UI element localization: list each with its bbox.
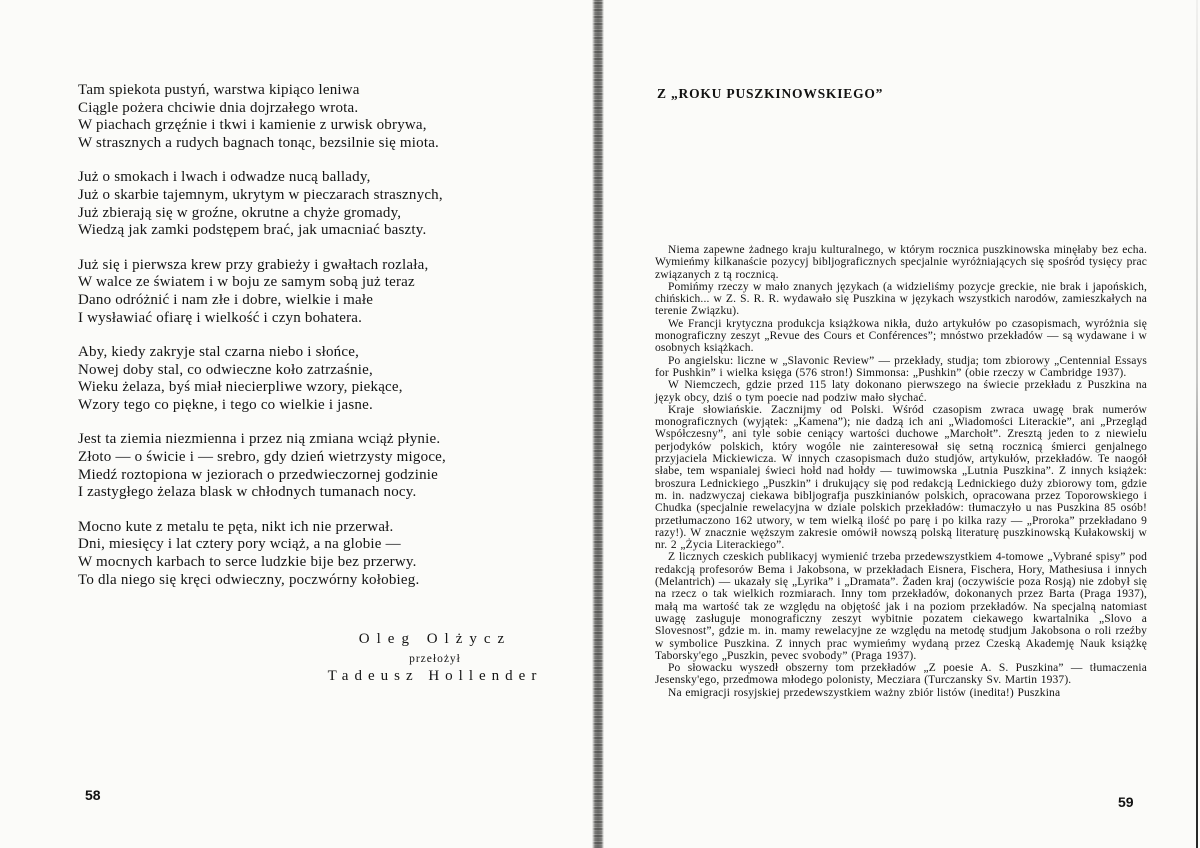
poem-translator: Tadeusz Hollender — [280, 668, 590, 685]
poem-line: Ciągle pożera chciwie dnia dojrzałego wr… — [78, 100, 558, 118]
poem-stanza: Mocno kute z metalu te pęta, nikt ich ni… — [78, 519, 558, 590]
prose-paragraph: Po słowacku wyszedł obszerny tom przekła… — [655, 662, 1147, 687]
poem-line: Złoto — o świcie i — srebro, gdy dzień w… — [78, 449, 558, 467]
poem-stanza: Już się i pierwsza krew przy grabieży i … — [78, 257, 558, 328]
poem-line: Dni, miesięcy i lat cztery pory wciąż, a… — [78, 536, 558, 554]
poem-line: Już o skarbie tajemnym, ukrytym w piecza… — [78, 187, 558, 205]
poem: Tam spiekota pustyń, warstwa kipiąco len… — [78, 82, 558, 606]
book-scan: Tam spiekota pustyń, warstwa kipiąco len… — [0, 0, 1200, 848]
poem-line: W strasznych a rudych bagnach tonąc, bez… — [78, 135, 558, 153]
poem-attribution: Oleg Olżycz przełożył Tadeusz Hollender — [280, 631, 590, 685]
poem-line: Wieku żelaza, byś miał niecierpliwe wzor… — [78, 379, 558, 397]
poem-line: W mocnych karbach to serce ludzkie bije … — [78, 554, 558, 572]
poem-line: Mocno kute z metalu te pęta, nikt ich ni… — [78, 519, 558, 537]
scan-edge-right — [1196, 0, 1198, 848]
poem-line: Wiedzą jak zamki podstępem brać, jak uma… — [78, 222, 558, 240]
translator-label: przełożył — [280, 653, 590, 665]
poem-stanza: Aby, kiedy zakryje stal czarna niebo i s… — [78, 344, 558, 415]
poem-line: Aby, kiedy zakryje stal czarna niebo i s… — [78, 344, 558, 362]
prose-paragraph: Z licznych czeskich publikacyj wymienić … — [655, 551, 1147, 662]
poem-line: Już się i pierwsza krew przy grabieży i … — [78, 257, 558, 275]
book-gutter — [592, 0, 604, 848]
prose-paragraph: Po angielsku: liczne w „Slavonic Review”… — [655, 355, 1147, 380]
prose-paragraph: Kraje słowiańskie. Zacznijmy od Polski. … — [655, 404, 1147, 552]
prose-paragraph: Niema zapewne żadnego kraju kulturalnego… — [655, 244, 1147, 281]
right-page: Z „ROKU PUSZKINOWSKIEGO” Niema zapewne ż… — [604, 0, 1200, 848]
left-page: Tam spiekota pustyń, warstwa kipiąco len… — [0, 0, 592, 848]
poem-line: I wysławiać ofiarę i wielkość i czyn boh… — [78, 310, 558, 328]
poem-line: W walce ze światem i w boju ze samym sob… — [78, 274, 558, 292]
poem-line: I zastygłego żelaza blask w chłodnych tu… — [78, 484, 558, 502]
prose-paragraph: Na emigracji rosyjskiej przedewszystkiem… — [655, 687, 1147, 699]
article-title: Z „ROKU PUSZKINOWSKIEGO” — [657, 86, 883, 102]
poem-line: Wzory tego co piękne, i tego co wielkie … — [78, 397, 558, 415]
poem-line: Dano odróżnić i nam złe i dobre, wielkie… — [78, 292, 558, 310]
page-number-left: 58 — [85, 787, 101, 803]
prose-paragraph: We Francji krytyczna produkcja książkowa… — [655, 318, 1147, 355]
poem-line: Już zbierają się w groźne, okrutne a chy… — [78, 205, 558, 223]
poem-line: Nowej doby stal, co odwieczne koło zatrz… — [78, 362, 558, 380]
poem-stanza: Już o smokach i lwach i odwadze nucą bal… — [78, 169, 558, 240]
poem-line: Jest ta ziemia niezmienna i przez nią zm… — [78, 431, 558, 449]
prose-paragraph: Pomińmy rzeczy w mało znanych językach (… — [655, 281, 1147, 318]
poem-line: W piachach grzęźnie i tkwi i kamienie z … — [78, 117, 558, 135]
prose-paragraph: W Niemczech, gdzie przed 115 laty dokona… — [655, 379, 1147, 404]
poem-stanza: Tam spiekota pustyń, warstwa kipiąco len… — [78, 82, 558, 153]
poem-stanza: Jest ta ziemia niezmienna i przez nią zm… — [78, 431, 558, 502]
prose-body: Niema zapewne żadnego kraju kulturalnego… — [655, 244, 1147, 699]
page-number-right: 59 — [1118, 794, 1134, 810]
poem-line: Miedź roztopiona w jeziorach o przedwiec… — [78, 467, 558, 485]
poem-author: Oleg Olżycz — [280, 631, 590, 648]
poem-line: Tam spiekota pustyń, warstwa kipiąco len… — [78, 82, 558, 100]
poem-line: To dla niego się kręci odwieczny, poczwó… — [78, 572, 558, 590]
poem-line: Już o smokach i lwach i odwadze nucą bal… — [78, 169, 558, 187]
